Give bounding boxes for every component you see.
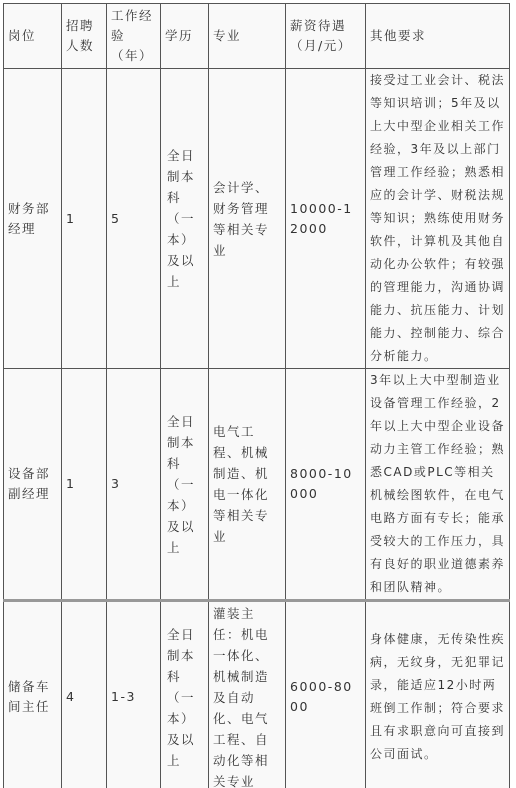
- header-experience: 工作经验（年）: [107, 4, 161, 69]
- header-count: 招聘人数: [62, 4, 107, 69]
- cell-education: 全日制本科（一本）及以上: [161, 69, 209, 369]
- cell-education: 全日制本科（一本）及以上: [161, 369, 209, 601]
- table-row: 设备部副经理 1 3 全日制本科（一本）及以上 电气工程、机械制造、机电一体化等…: [4, 369, 510, 601]
- cell-experience: 1-3: [107, 601, 161, 788]
- header-position: 岗位: [4, 4, 62, 69]
- cell-position: 设备部副经理: [4, 369, 62, 601]
- cell-position: 储备车间主任: [4, 601, 62, 788]
- recruitment-table: 岗位 招聘人数 工作经验（年） 学历 专业 薪资待遇（月/元） 其他要求 财务部…: [3, 3, 510, 788]
- header-other: 其他要求: [366, 4, 510, 69]
- cell-major: 会计学、财务管理等相关专业: [209, 69, 286, 369]
- cell-position: 财务部经理: [4, 69, 62, 369]
- cell-count: 1: [62, 369, 107, 601]
- header-major: 专业: [209, 4, 286, 69]
- table-row: 储备车间主任 4 1-3 全日制本科（一本）及以上 灌装主任：机电一体化、机械制…: [4, 601, 510, 788]
- cell-major: 电气工程、机械制造、机电一体化等相关专业: [209, 369, 286, 601]
- cell-education: 全日制本科（一本）及以上: [161, 601, 209, 788]
- header-education: 学历: [161, 4, 209, 69]
- cell-salary: 8000-10000: [286, 369, 366, 601]
- cell-major: 灌装主任：机电一体化、机械制造及自动化、电气工程、自动化等相关专业: [209, 601, 286, 788]
- cell-count: 4: [62, 601, 107, 788]
- header-salary: 薪资待遇（月/元）: [286, 4, 366, 69]
- cell-experience: 3: [107, 369, 161, 601]
- table-header-row: 岗位 招聘人数 工作经验（年） 学历 专业 薪资待遇（月/元） 其他要求: [4, 4, 510, 69]
- cell-other: 接受过工业会计、税法等知识培训；5年及以上大中型企业相关工作经验，3年及以上部门…: [366, 69, 510, 369]
- cell-other: 身体健康，无传染性疾病，无纹身，无犯罪记录，能适应12小时两班倒工作制；符合要求…: [366, 601, 510, 788]
- cell-salary: 10000-12000: [286, 69, 366, 369]
- cell-other: 3年以上大中型制造业设备管理工作经验，2年以上大中型企业设备动力主管工作经验；熟…: [366, 369, 510, 601]
- cell-count: 1: [62, 69, 107, 369]
- cell-salary: 6000-8000: [286, 601, 366, 788]
- cell-experience: 5: [107, 69, 161, 369]
- table-row: 财务部经理 1 5 全日制本科（一本）及以上 会计学、财务管理等相关专业 100…: [4, 69, 510, 369]
